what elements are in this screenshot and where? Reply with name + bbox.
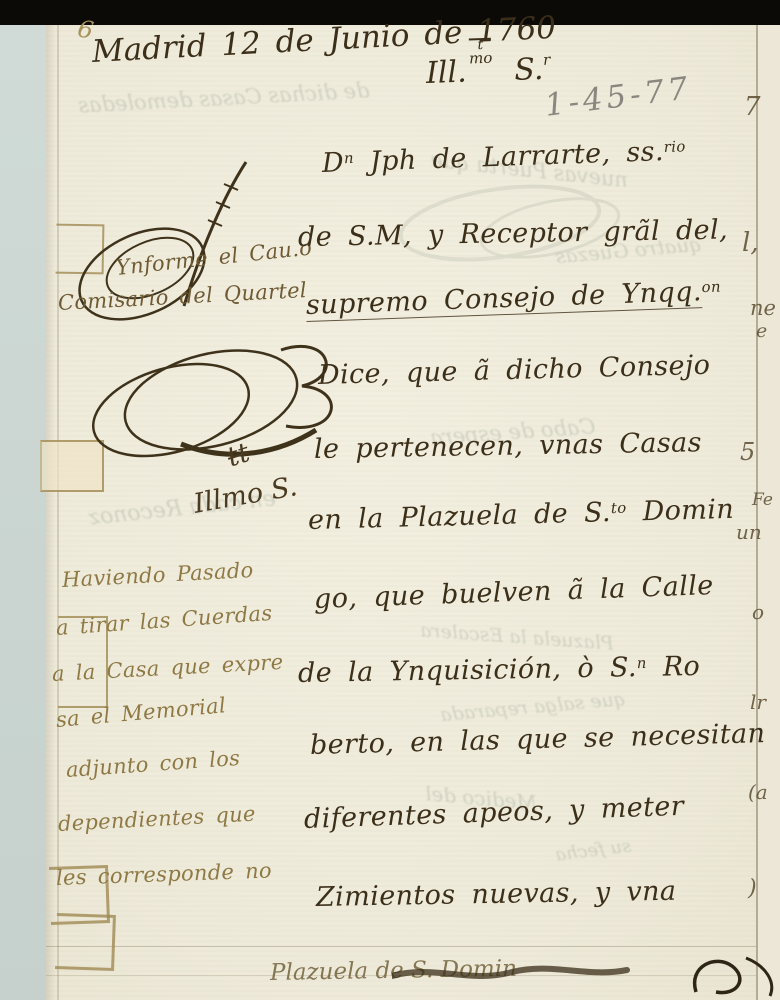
salutation-senor-sup: r xyxy=(543,51,551,69)
manuscript-scan: de dichas Casas demoledas nuevas Puerta … xyxy=(0,0,780,1000)
body-text: Domin xyxy=(626,494,734,528)
adjacent-page-edge xyxy=(756,25,780,1000)
edge-fragment: 5 xyxy=(740,438,755,466)
salutation-senor: S. xyxy=(514,52,544,88)
footer-scrawl xyxy=(392,962,632,984)
edge-fragment: (a xyxy=(748,780,768,804)
corner-flourish xyxy=(688,952,780,1000)
edge-fragment: ne xyxy=(750,296,776,320)
edge-fragment: ) xyxy=(748,876,757,901)
horizontal-fold-line xyxy=(46,946,756,947)
edge-fragment: o xyxy=(752,600,764,624)
body-line: Zimientos nuevas, y vna xyxy=(316,876,677,913)
edge-fragment: lr xyxy=(750,690,766,714)
body-superscript: n xyxy=(344,149,355,167)
body-text: de la Ynquisición, ò S. xyxy=(298,652,637,689)
binding-cloth-strip xyxy=(0,25,46,1000)
salutation-base: Ill. xyxy=(425,55,467,91)
salutation: Ill.tmo S.r xyxy=(425,52,551,91)
body-text: D xyxy=(321,147,344,179)
body-text: Zimientos nuevas, y vna xyxy=(316,876,677,913)
edge-fragment: un xyxy=(736,520,762,544)
body-superscript: n xyxy=(637,654,647,672)
edge-fragment: Fe xyxy=(752,490,773,510)
body-text: Ro xyxy=(647,651,701,683)
body-superscript: to xyxy=(611,499,627,517)
body-superscript: on xyxy=(701,277,721,296)
edge-fragment: e xyxy=(756,320,767,342)
edge-fragment: l, xyxy=(742,228,759,258)
salutation-superscript: tmo xyxy=(468,38,492,65)
edge-fragment: 7 xyxy=(744,92,761,122)
stitch-mark xyxy=(55,913,116,971)
left-fold-crease xyxy=(57,25,59,1000)
gutter-shadow xyxy=(46,25,56,1000)
rubric-flourish xyxy=(76,332,351,472)
body-superscript: rio xyxy=(663,137,686,156)
